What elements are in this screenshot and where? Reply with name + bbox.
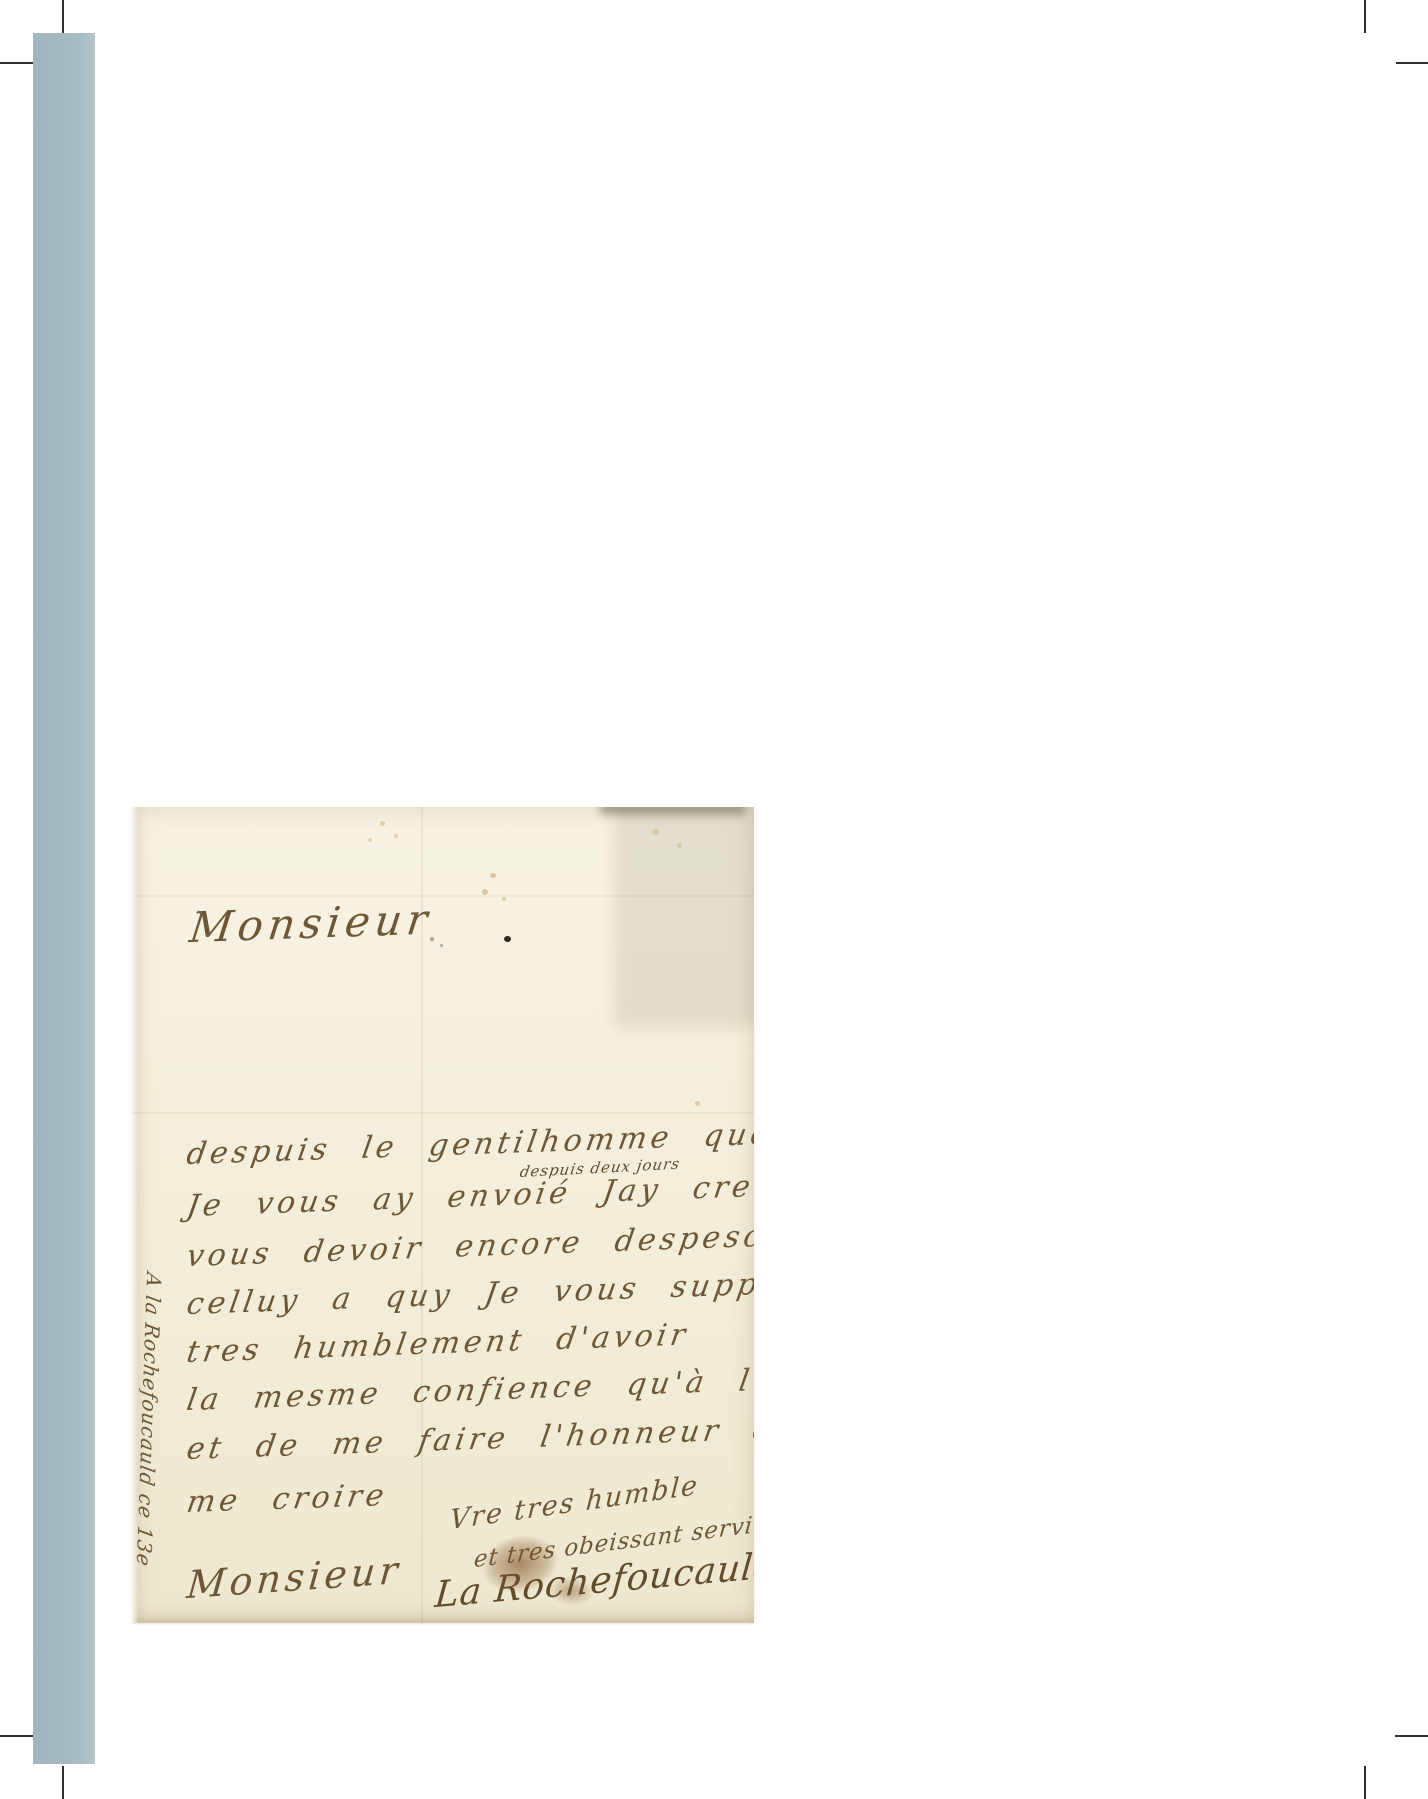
- closing-address-text: Monsieur: [185, 1548, 403, 1607]
- ink-speck: [504, 936, 511, 942]
- handwriting-line: et de me faire l'honneur de: [184, 1411, 754, 1468]
- crop-mark: [1396, 62, 1428, 64]
- crop-mark: [1395, 1735, 1428, 1737]
- foxing-dot: [695, 1101, 700, 1106]
- foxing-dot: [482, 889, 488, 895]
- foxing-dot: [677, 843, 682, 848]
- crop-mark: [62, 1766, 64, 1799]
- handwriting-line: celluy a quy Je vous supplie: [184, 1265, 754, 1322]
- margin-note: A la Rochefoucauld ce 13e de Juin: [132, 1268, 166, 1610]
- handwriting-line: vous devoir encore despescher: [184, 1217, 754, 1275]
- foxing-dot: [380, 821, 385, 826]
- crop-mark: [1364, 1766, 1366, 1799]
- foxing-dot: [502, 897, 506, 901]
- paper-stain: [614, 807, 754, 1027]
- handwriting-line: me croire: [184, 1478, 390, 1520]
- crop-mark: [0, 1735, 33, 1737]
- foxing-dot: [368, 838, 372, 842]
- crop-mark: [1364, 0, 1366, 33]
- speck-dot: [440, 944, 443, 947]
- handwriting-line: Je vous ay envoié Jay creu: [184, 1168, 754, 1224]
- paper-edge-smudge: [600, 807, 745, 815]
- handwriting-line: la mesme confience qu'à l'autre: [184, 1359, 754, 1418]
- foxing-dot: [652, 829, 659, 835]
- crop-mark: [0, 62, 35, 64]
- handwriting-line: tres humblement d'avoir: [184, 1317, 691, 1370]
- crop-mark: [62, 0, 64, 33]
- foxing-dot: [490, 873, 496, 878]
- catalog-page: Monsieur despuis le gentilhomme que desp…: [0, 0, 1428, 1799]
- foxing-dot: [394, 834, 398, 838]
- manuscript-letter-photo: Monsieur despuis le gentilhomme que desp…: [132, 807, 754, 1623]
- accent-bar: [33, 33, 95, 1764]
- fold-line: [132, 1112, 754, 1114]
- margin-note-place: A la Rochefoucauld ce 13e: [132, 1271, 166, 1569]
- speck-dot: [430, 937, 434, 941]
- salutation-text: Monsieur: [187, 894, 435, 952]
